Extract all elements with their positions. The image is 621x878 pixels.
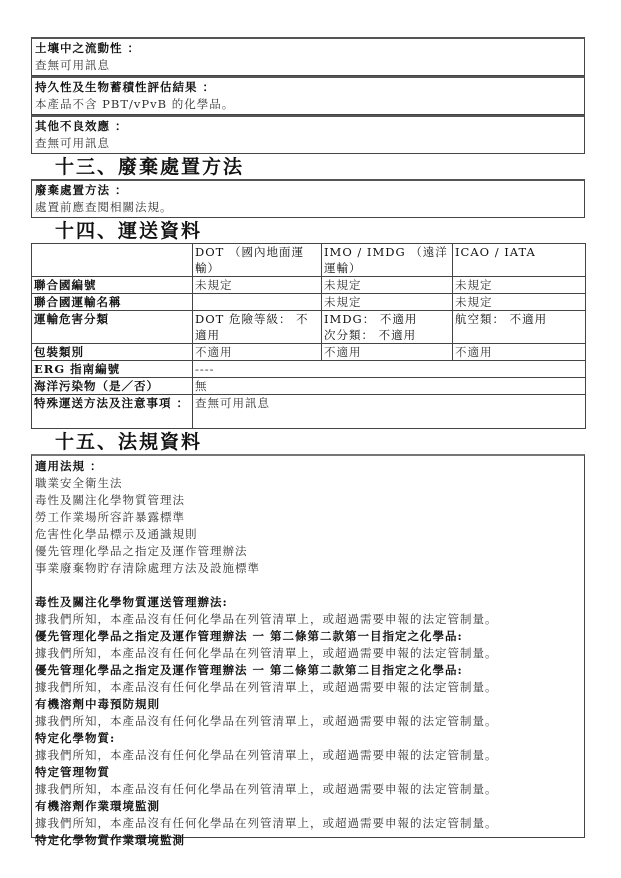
span-value: ---- <box>193 361 586 378</box>
row-label: 包裝類別 <box>32 344 193 361</box>
table-row: 聯合國編號 未規定 未規定 未規定 <box>32 277 586 294</box>
table-row: 特殊運送方法及注意事項 ： 查無可用訊息 <box>32 395 586 429</box>
icao-value: 未規定 <box>453 294 586 311</box>
row-label: 海洋污染物（是／否） <box>32 378 193 395</box>
applicable-law: 危害性化學品標示及通識規則 <box>35 526 581 543</box>
regulation-value: 據我們所知，本產品沒有任何化學品在列管清單上，或超過需要申報的法定管制量。 <box>35 781 581 798</box>
span-value: 無 <box>193 378 586 395</box>
regulation-value: 據我們所知，本產品沒有任何化學品在列管清單上，或超過需要申報的法定管制量。 <box>35 679 581 696</box>
imo-subclass-value: 次分類： 不適用 <box>324 327 450 343</box>
disposal-box: 廢棄處置方法 ： 處置前應查閱相關法規。 <box>31 179 585 218</box>
disposal-label: 廢棄處置方法 ： <box>35 182 581 199</box>
other-effects-label: 其他不良效應 ： <box>35 118 581 135</box>
regulation-label: 特定管理物質 <box>35 764 581 781</box>
regulation-label: 有機溶劑作業環境監測 <box>35 798 581 815</box>
disposal-value: 處置前應查閱相關法規。 <box>35 199 581 216</box>
soil-mobility-box: 土壤中之流動性 ： 查無可用訊息 <box>31 37 585 76</box>
row-label: ERG 指南編號 <box>32 361 193 378</box>
pbt-assessment-box: 持久性及生物蓄積性評估結果 ： 本產品不含 PBT/vPvB 的化學品。 <box>31 76 585 115</box>
table-row: ERG 指南編號 ---- <box>32 361 586 378</box>
transport-header-row: DOT （國內地面運輸） IMO / IMDG （遠洋運輸） ICAO / IA… <box>32 244 586 277</box>
header-icao: ICAO / IATA <box>453 244 586 277</box>
spacer <box>35 577 581 594</box>
table-row: 海洋污染物（是／否） 無 <box>32 378 586 395</box>
pbt-assessment-label: 持久性及生物蓄積性評估結果 ： <box>35 79 581 96</box>
other-effects-box: 其他不良效應 ： 查無可用訊息 <box>31 115 585 154</box>
icao-value: 不適用 <box>453 344 586 361</box>
applicable-law: 勞工作業場所容許暴露標準 <box>35 509 581 526</box>
applicable-law: 事業廢棄物貯存清除處理方法及設施標準 <box>35 560 581 577</box>
imo-value: 不適用 <box>322 344 453 361</box>
table-row: 聯合國運輸名稱 未規定 未規定 <box>32 294 586 311</box>
dot-value: DOT 危險等級： 不適用 <box>193 311 322 344</box>
table-row: 運輸危害分類 DOT 危險等級： 不適用 IMDG： 不適用 次分類： 不適用 … <box>32 311 586 344</box>
imo-value: 未規定 <box>322 294 453 311</box>
regulation-label: 特定化學物質: <box>35 730 581 747</box>
dot-value: 未規定 <box>193 277 322 294</box>
row-label: 運輸危害分類 <box>32 311 193 344</box>
section-14-title: 十四、運送資料 <box>31 219 585 243</box>
header-imo: IMO / IMDG （遠洋運輸） <box>322 244 453 277</box>
sds-page: 土壤中之流動性 ： 查無可用訊息 持久性及生物蓄積性評估結果 ： 本產品不含 P… <box>31 37 585 838</box>
applicable-laws-label: 適用法規 ： <box>35 458 581 475</box>
row-label: 聯合國編號 <box>32 277 193 294</box>
regulation-value: 據我們所知，本產品沒有任何化學品在列管清單上，或超過需要申報的法定管制量。 <box>35 611 581 628</box>
section-13-title: 十三、廢棄處置方法 <box>31 155 585 179</box>
regulation-label: 特定化學物質作業環境監測 <box>35 832 581 849</box>
header-blank <box>32 244 193 277</box>
imo-value: 未規定 <box>322 277 453 294</box>
regulations-box: 適用法規 ： 職業安全衛生法 毒性及關注化學物質管理法 勞工作業場所容許暴露標準… <box>31 454 585 838</box>
regulation-value: 據我們所知，本產品沒有任何化學品在列管清單上，或超過需要申報的法定管制量。 <box>35 713 581 730</box>
regulation-value: 據我們所知，本產品沒有任何化學品在列管清單上，或超過需要申報的法定管制量。 <box>35 645 581 662</box>
table-row: 包裝類別 不適用 不適用 不適用 <box>32 344 586 361</box>
pbt-assessment-value: 本產品不含 PBT/vPvB 的化學品。 <box>35 96 581 113</box>
span-value: 查無可用訊息 <box>193 395 586 429</box>
imo-value: IMDG： 不適用 <box>324 311 450 327</box>
row-label: 聯合國運輸名稱 <box>32 294 193 311</box>
regulation-label: 有機溶劑中毒預防規則 <box>35 696 581 713</box>
section-15-title: 十五、法規資料 <box>31 430 585 454</box>
applicable-law: 優先管理化學品之指定及運作管理辦法 <box>35 543 581 560</box>
regulation-value: 據我們所知，本產品沒有任何化學品在列管清單上，或超過需要申報的法定管制量。 <box>35 747 581 764</box>
applicable-law: 毒性及關注化學物質管理法 <box>35 492 581 509</box>
regulation-value: 據我們所知，本產品沒有任何化學品在列管清單上，或超過需要申報的法定管制量。 <box>35 815 581 832</box>
soil-mobility-label: 土壤中之流動性 ： <box>35 40 581 57</box>
imo-value-cell: IMDG： 不適用 次分類： 不適用 <box>322 311 453 344</box>
header-dot: DOT （國內地面運輸） <box>193 244 322 277</box>
other-effects-value: 查無可用訊息 <box>35 135 581 152</box>
regulation-label: 優先管理化學品之指定及運作管理辦法 一 第二條第二款第二目指定之化學品: <box>35 662 581 679</box>
regulation-label: 毒性及關注化學物質運送管理辦法: <box>35 594 581 611</box>
applicable-law: 職業安全衛生法 <box>35 475 581 492</box>
row-label: 特殊運送方法及注意事項 ： <box>32 395 193 429</box>
transport-table: DOT （國內地面運輸） IMO / IMDG （遠洋運輸） ICAO / IA… <box>31 243 586 429</box>
icao-value: 未規定 <box>453 277 586 294</box>
soil-mobility-value: 查無可用訊息 <box>35 57 581 74</box>
regulation-label: 優先管理化學品之指定及運作管理辦法 一 第二條第二款第一目指定之化學品: <box>35 628 581 645</box>
icao-value: 航空類： 不適用 <box>453 311 586 344</box>
dot-value: 不適用 <box>193 344 322 361</box>
dot-value <box>193 294 322 311</box>
